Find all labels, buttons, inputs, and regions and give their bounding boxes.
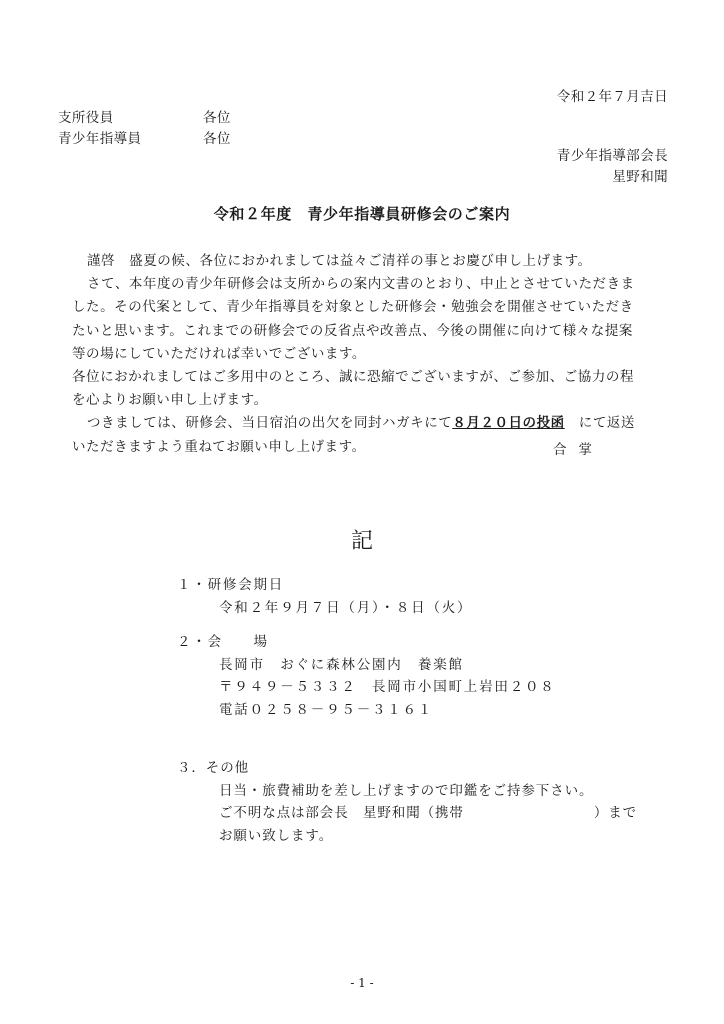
other-line: お願い致します。 xyxy=(177,825,637,848)
body-line: たいと思います。これまでの研修会での反省点や改善点、今後の開催に向けて様々な提案 xyxy=(72,320,672,343)
deadline-text-post: にて返送 xyxy=(565,415,635,431)
contact-post: ）まで xyxy=(594,805,637,821)
body-line: を心よりお願い申し上げます。 xyxy=(72,389,672,412)
page-number: - 1 - xyxy=(0,976,724,990)
closing-gassho: 合掌 xyxy=(553,438,604,458)
section-heading: ２・会 場 xyxy=(177,631,556,654)
section-heading: ３．その他 xyxy=(177,757,637,780)
deadline-text-pre: つきましては、研修会、当日宿泊の出欠を同封ハガキにて xyxy=(87,415,452,431)
sender-name: 星野和聞 xyxy=(612,166,668,188)
body-line: 謹啓 盛夏の候、各位におかれましては益々ご清祥の事とお慶び申し上げます。 xyxy=(72,250,672,273)
section-dates: １・研修会期日 令和２年９月７日（月）・８日（火） xyxy=(177,574,472,619)
section-item: 令和２年９月７日（月）・８日（火） xyxy=(177,597,472,620)
venue-address: 〒９４９－５３３２ 長岡市小国町上岩田２０８ xyxy=(177,676,556,699)
section-venue: ２・会 場 長岡市 おぐに森林公園内 養楽館 〒９４９－５３３２ 長岡市小国町上… xyxy=(177,631,556,721)
recipient-role: 青少年指導員 xyxy=(58,128,203,150)
letter-body: 謹啓 盛夏の候、各位におかれましては益々ご清祥の事とお慶び申し上げます。 さて、… xyxy=(72,250,672,459)
venue-phone: 電話０２５８－９５－３１６１ xyxy=(177,699,556,722)
venue-name: 長岡市 おぐに森林公園内 養楽館 xyxy=(177,654,556,677)
sender-title: 青少年指導部会長 xyxy=(557,145,668,167)
ki-heading: 記 xyxy=(0,524,724,555)
recipient-row-1: 支所役員各位 xyxy=(58,107,231,129)
recipient-row-2: 青少年指導員各位 xyxy=(58,128,231,150)
contact-pre: ご不明な点は部会長 星野和聞（携帯 xyxy=(219,805,464,821)
recipient-suffix: 各位 xyxy=(203,110,231,126)
body-line: した。その代案として、青少年指導員を対象とした研修会・勉強会を開催させていただき xyxy=(72,296,672,319)
body-line: さて、本年度の青少年研修会は支所からの案内文書のとおり、中止とさせていただきま xyxy=(72,273,672,296)
body-line-deadline: つきましては、研修会、当日宿泊の出欠を同封ハガキにて８月２０日の投函 にて返送 xyxy=(72,412,672,435)
other-line: 日当・旅費補助を差し上げますので印鑑をご持参下さい。 xyxy=(177,780,637,803)
recipient-role: 支所役員 xyxy=(58,107,203,129)
recipient-suffix: 各位 xyxy=(203,131,231,147)
document-title: 令和２年度 青少年指導員研修会のご案内 xyxy=(0,203,724,224)
section-other: ３．その他 日当・旅費補助を差し上げますので印鑑をご持参下さい。 ご不明な点は部… xyxy=(177,757,637,847)
body-line: 等の場にしていただければ幸いでございます。 xyxy=(72,343,672,366)
body-line: 各位におかれましてはご多用中のところ、誠に恐縮でございますが、ご参加、ご協力の程 xyxy=(72,366,672,389)
section-heading: １・研修会期日 xyxy=(177,574,472,597)
contact-line: ご不明な点は部会長 星野和聞（携帯）まで xyxy=(177,802,637,825)
deadline-date: ８月２０日の投函 xyxy=(452,415,564,431)
issue-date: 令和２年７月吉日 xyxy=(557,86,668,108)
